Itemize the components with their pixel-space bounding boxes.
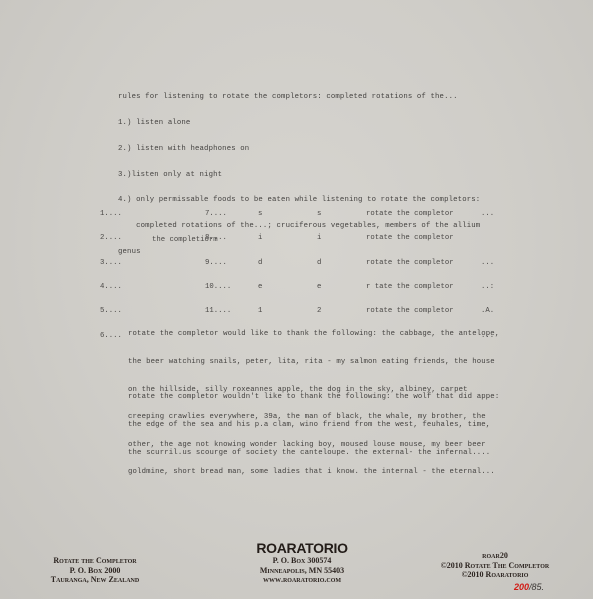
track-number: 9.... xyxy=(205,259,231,267)
no-thanks-line: the scurril.us scourge of society the ca… xyxy=(128,449,499,458)
artist-name: rotate the completor xyxy=(366,210,454,218)
track-number: 2.... xyxy=(100,234,126,242)
thanks-line: rotate the completor would like to thank… xyxy=(128,330,499,339)
catalog-copyright: roar20 ©2010 Rotate The Completor ©2010 … xyxy=(425,551,565,580)
dots xyxy=(481,234,507,242)
artist-name: rotate the completor xyxy=(366,234,454,242)
no-thanks-line: the edge of the sea and his p.a clam, wi… xyxy=(128,421,499,430)
label-po-box: P. O. Box 300574 xyxy=(232,556,372,566)
no-thanks-paragraph: rotate the completor wouldn't like to th… xyxy=(128,375,499,476)
artist-city: Tauranga, New Zealand xyxy=(30,575,160,585)
dots: ... xyxy=(481,210,507,218)
track-number: 6.... xyxy=(100,332,126,340)
side-letter: s xyxy=(317,210,343,218)
label-city: Minneapolis, MN 55403 xyxy=(232,566,372,576)
tracklist-side1-numbers: 1.... 2.... 3.... 4.... 5.... 6.... xyxy=(100,194,126,356)
track-number: 5.... xyxy=(100,307,126,315)
copy-number: 200 xyxy=(514,582,529,592)
copyright-label: ©2010 Roaratorio xyxy=(425,570,565,580)
side-letter: s xyxy=(258,210,284,218)
rule-item: 3.)listen only at night xyxy=(118,171,480,180)
no-thanks-line: rotate the completor wouldn't like to th… xyxy=(128,393,499,402)
rule-item: 2.) listen with headphones on xyxy=(118,145,480,154)
side-letter: e xyxy=(317,283,343,291)
track-number: 1.... xyxy=(100,210,126,218)
artist-name: r tate the completor xyxy=(366,283,454,291)
track-number: 3.... xyxy=(100,259,126,267)
edition-number: 200/85. xyxy=(514,582,544,592)
rules-heading: rules for listening to rotate the comple… xyxy=(118,93,480,102)
side-letter: i xyxy=(258,234,284,242)
side-letter: d xyxy=(258,259,284,267)
dots: ..: xyxy=(481,283,507,291)
side-letter: e xyxy=(258,283,284,291)
tracklist-caption: the completiorm xyxy=(152,236,218,244)
catalog-number: roar20 xyxy=(425,551,565,561)
side-letter: d xyxy=(317,259,343,267)
artist-po-box: P. O. Box 2000 xyxy=(30,566,160,576)
side-1-label: s i d e 1 xyxy=(258,194,284,332)
label-address: ROARATORIO P. O. Box 300574 Minneapolis,… xyxy=(232,540,372,585)
track-number: 7.... xyxy=(205,210,231,218)
record-back-cover: rules for listening to rotate the comple… xyxy=(0,0,593,599)
edition-total: /85. xyxy=(529,582,544,592)
side-letter: i xyxy=(317,234,343,242)
artist-name: rotate the completor xyxy=(366,259,454,267)
label-logo: ROARATORIO xyxy=(232,540,372,556)
track-number: 10.... xyxy=(205,283,231,291)
tracklist-side2-numbers: 7.... 8.... 9.... 10.... 11.... xyxy=(205,194,231,332)
label-website: www.roaratorio.com xyxy=(232,575,372,585)
rule-item: 1.) listen alone xyxy=(118,119,480,128)
artist-address: Rotate the Completor P. O. Box 2000 Taur… xyxy=(30,556,160,585)
copyright-artist: ©2010 Rotate The Completor xyxy=(425,561,565,571)
dots: ... xyxy=(481,259,507,267)
artist-name: Rotate the Completor xyxy=(30,556,160,566)
thanks-line: the beer watching snails, peter, lita, r… xyxy=(128,358,499,367)
side-2-label: s i d e 2 xyxy=(317,194,343,332)
track-number: 4.... xyxy=(100,283,126,291)
repeated-artist-names: rotate the completor rotate the completo… xyxy=(366,194,454,332)
